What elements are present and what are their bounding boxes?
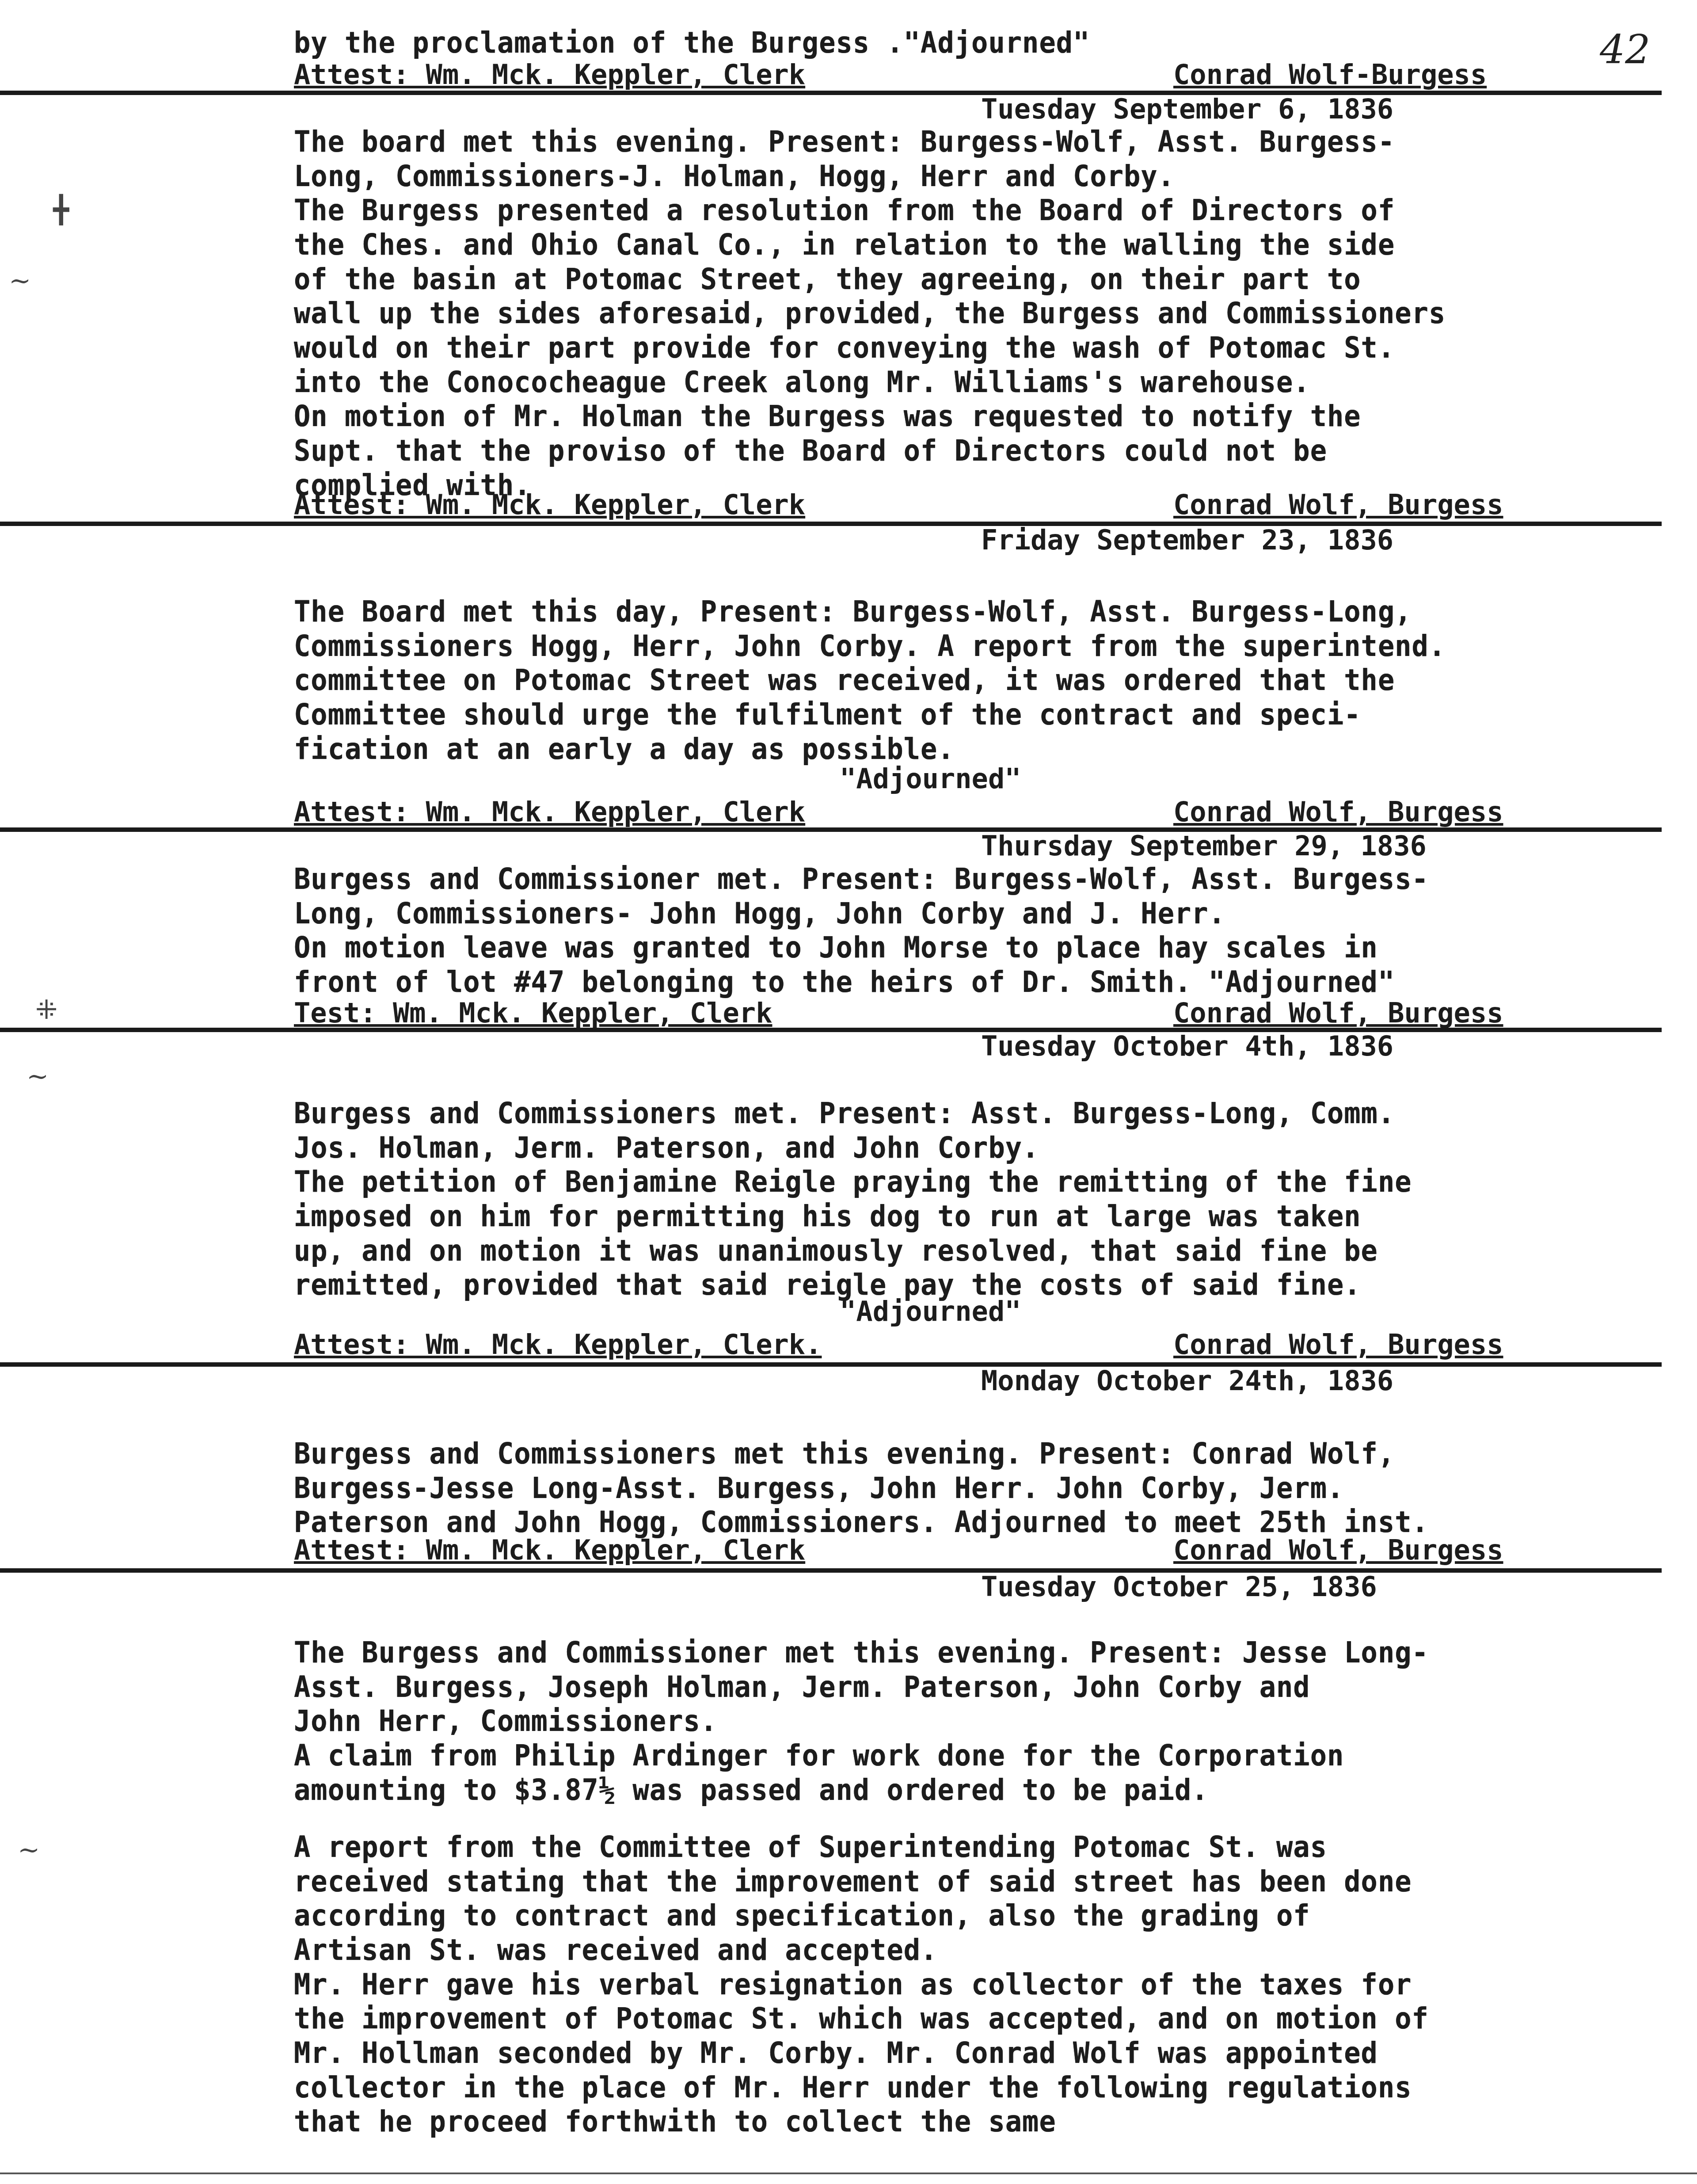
entry-text: Burgess and Commissioner met. Present: B…	[294, 862, 1664, 999]
signature-line: Test: Wm. Mck. Keppler, Clerk Conrad Wol…	[294, 997, 1620, 1029]
document-page: 42 ╋ ~ ⁜ ~ ~ by the proclamation of the …	[0, 0, 1697, 2184]
entry-date: Monday October 24th, 1836	[981, 1365, 1393, 1397]
clerk-signature: Attest: Wm. Mck. Keppler, Clerk	[294, 488, 805, 521]
entry-date: Tuesday October 4th, 1836	[981, 1030, 1393, 1062]
section-divider	[0, 522, 1662, 526]
signature-line: Attest: Wm. Mck. Keppler, Clerk Conrad W…	[294, 796, 1620, 828]
entry-date: Thursday September 29, 1836	[981, 830, 1427, 862]
clerk-signature: Attest: Wm. Mck. Keppler, Clerk	[294, 796, 805, 828]
section-divider	[0, 1028, 1662, 1032]
entry-date: Friday September 23, 1836	[981, 524, 1393, 556]
clerk-signature: Attest: Wm. Mck. Keppler, Clerk.	[294, 1328, 822, 1361]
continuation-text: by the proclamation of the Burgess ."Adj…	[294, 26, 1664, 60]
clerk-signature: Attest: Wm. Mck. Keppler, Clerk	[294, 1534, 805, 1566]
burgess-signature: Conrad Wolf, Burgess	[1173, 488, 1503, 521]
margin-mark: ~	[9, 265, 31, 296]
adjourned-note: "Adjourned"	[840, 762, 1021, 795]
section-divider	[0, 91, 1662, 95]
burgess-signature: Conrad Wolf, Burgess	[1173, 796, 1503, 828]
entry-date: Tuesday September 6, 1836	[981, 93, 1393, 125]
burgess-signature: Conrad Wolf-Burgess	[1173, 58, 1487, 91]
entry-text: The Burgess and Commissioner met this ev…	[294, 1635, 1664, 1807]
page-edge	[0, 2173, 1697, 2174]
signature-line: Attest: Wm. Mck. Keppler, Clerk Conrad W…	[294, 58, 1620, 91]
entry-text: A report from the Committee of Superinte…	[294, 1830, 1664, 2139]
margin-mark: ~	[18, 1834, 40, 1865]
entry-date: Tuesday October 25, 1836	[981, 1570, 1377, 1603]
clerk-signature: Attest: Wm. Mck. Keppler, Clerk	[294, 58, 805, 91]
signature-line: Attest: Wm. Mck. Keppler, Clerk Conrad W…	[294, 1534, 1620, 1567]
margin-mark: ⁜	[35, 995, 57, 1025]
entry-text: The Board met this day, Present: Burgess…	[294, 595, 1664, 766]
burgess-signature: Conrad Wolf, Burgess	[1173, 1534, 1503, 1566]
section-divider	[0, 1362, 1662, 1367]
entry-text: Burgess and Commissioners met. Present: …	[294, 1096, 1664, 1302]
burgess-signature: Conrad Wolf, Burgess	[1173, 997, 1503, 1029]
entry-text: Burgess and Commissioners met this eveni…	[294, 1437, 1664, 1540]
section-divider	[0, 1568, 1662, 1573]
adjourned-note: "Adjourned"	[840, 1295, 1021, 1327]
signature-line: Attest: Wm. Mck. Keppler, Clerk Conrad W…	[294, 488, 1620, 521]
burgess-signature: Conrad Wolf, Burgess	[1173, 1328, 1503, 1361]
entry-text: The board met this evening. Present: Bur…	[294, 125, 1664, 503]
signature-line: Attest: Wm. Mck. Keppler, Clerk. Conrad …	[294, 1328, 1620, 1361]
margin-mark: ~	[27, 1061, 49, 1092]
clerk-signature: Test: Wm. Mck. Keppler, Clerk	[294, 997, 772, 1029]
margin-mark: ╋	[53, 194, 69, 225]
